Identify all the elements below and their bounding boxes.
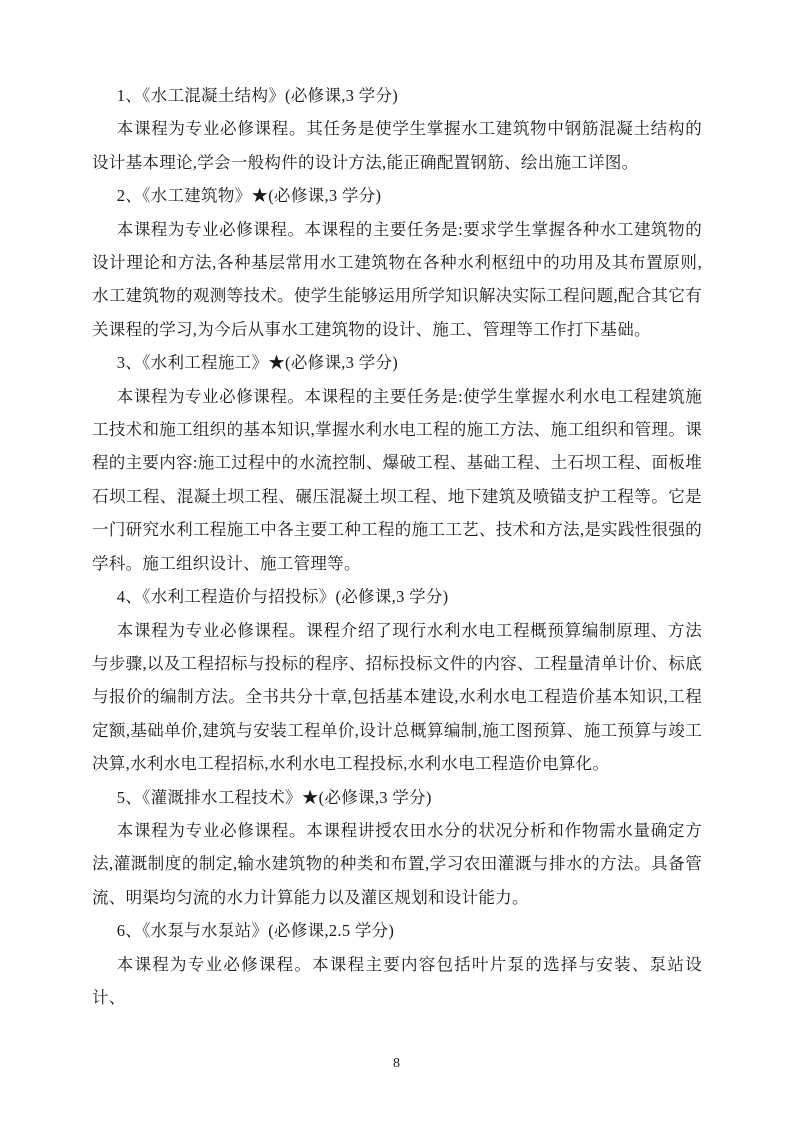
course-heading: 5、《灌溉排水工程技术》★(必修课,3 学分) — [92, 781, 702, 814]
course-section: 2、《水工建筑物》★(必修课,3 学分) 本课程为专业必修课程。本课程的主要任务… — [92, 179, 702, 346]
course-heading: 4、《水利工程造价与招投标》(必修课,3 学分) — [92, 580, 702, 613]
course-heading: 6、《水泵与水泵站》(必修课,2.5 学分) — [92, 914, 702, 947]
course-list: 1、《水工混凝土结构》(必修课,3 学分) 本课程为专业必修课程。其任务是使学生… — [92, 79, 702, 1014]
document-page: 1、《水工混凝土结构》(必修课,3 学分) 本课程为专业必修课程。其任务是使学生… — [0, 0, 793, 1122]
course-description: 本课程为专业必修课程。课程介绍了现行水利水电工程概预算编制原理、方法与步骤,以及… — [92, 614, 702, 781]
course-heading: 2、《水工建筑物》★(必修课,3 学分) — [92, 179, 702, 212]
course-section: 6、《水泵与水泵站》(必修课,2.5 学分) 本课程为专业必修课程。本课程主要内… — [92, 914, 702, 1014]
course-description: 本课程为专业必修课程。本课程的主要任务是:要求学生掌握各种水工建筑物的设计理论和… — [92, 213, 702, 347]
course-section: 3、《水利工程施工》★(必修课,3 学分) 本课程为专业必修课程。本课程的主要任… — [92, 346, 702, 580]
course-description: 本课程为专业必修课程。本课程的主要任务是:使学生掌握水利水电工程建筑施工技术和施… — [92, 380, 702, 580]
course-description: 本课程为专业必修课程。本课程讲授农田水分的状况分析和作物需水量确定方法,灌溉制度… — [92, 814, 702, 914]
course-section: 5、《灌溉排水工程技术》★(必修课,3 学分) 本课程为专业必修课程。本课程讲授… — [92, 781, 702, 915]
course-heading: 3、《水利工程施工》★(必修课,3 学分) — [92, 346, 702, 379]
course-section: 4、《水利工程造价与招投标》(必修课,3 学分) 本课程为专业必修课程。课程介绍… — [92, 580, 702, 780]
course-description: 本课程为专业必修课程。其任务是使学生掌握水工建筑物中钢筋混凝土结构的设计基本理论… — [92, 112, 702, 179]
page-number: 8 — [393, 1056, 400, 1071]
course-heading: 1、《水工混凝土结构》(必修课,3 学分) — [92, 79, 702, 112]
page-footer: 8 — [0, 1054, 793, 1072]
course-section: 1、《水工混凝土结构》(必修课,3 学分) 本课程为专业必修课程。其任务是使学生… — [92, 79, 702, 179]
course-description: 本课程为专业必修课程。本课程主要内容包括叶片泵的选择与安装、泵站设计、 — [92, 948, 702, 1015]
